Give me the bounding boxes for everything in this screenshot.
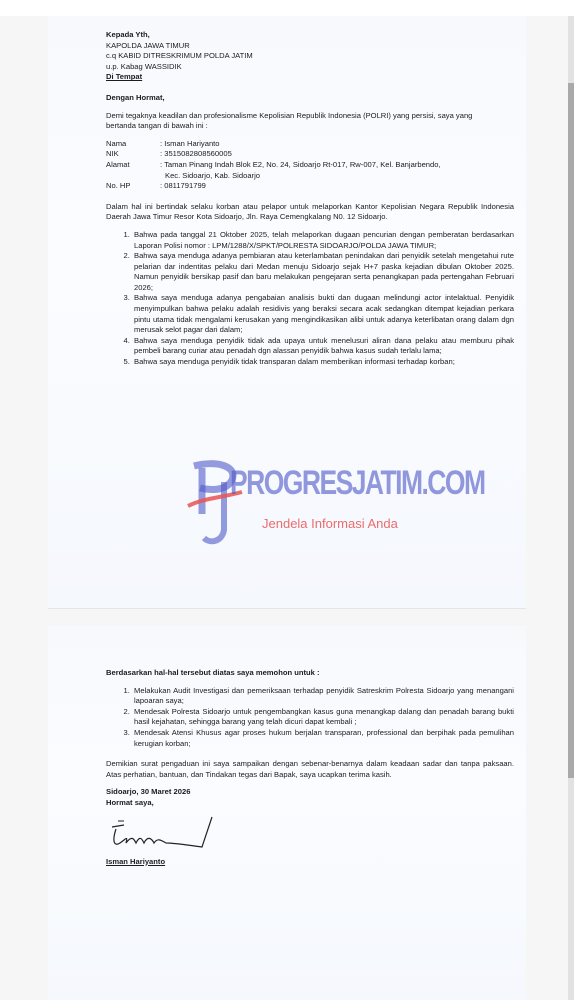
statement-paragraph: Dalam hal ini bertindak selaku korban at… [106, 202, 514, 223]
signature-icon [106, 813, 226, 857]
identity-row: NIK : 3515082808560005 [106, 149, 441, 160]
identity-row: Nama : Isman Hariyanto [106, 139, 441, 150]
top-bar [0, 0, 574, 16]
document-page-1: Kepada Yth, KAPOLDA JAWA TIMUR c.q KABID… [48, 16, 526, 608]
request-item: Mendesak Atensi Khusus agar proses hukum… [132, 728, 514, 749]
addressee-line-2: c.q KABID DITRESKRIMUM POLDA JATIM [106, 51, 514, 62]
vertical-scrollbar[interactable] [568, 16, 574, 1000]
identity-value: : Taman Pinang Indah Blok E2, No. 24, Si… [160, 160, 441, 171]
page-2-content: Berdasarkan hal-hal tersebut diatas saya… [106, 668, 514, 867]
requests-heading: Berdasarkan hal-hal tersebut diatas saya… [106, 668, 514, 679]
identity-label: NIK [106, 149, 160, 160]
identity-label: Alamat [106, 160, 160, 181]
identity-value: : Isman Hariyanto [160, 139, 441, 150]
identity-value: : 0811791799 [160, 181, 441, 192]
page-1-content: Kepada Yth, KAPOLDA JAWA TIMUR c.q KABID… [106, 30, 514, 368]
signature-area [106, 809, 514, 857]
point-item: Bahwa saya menduga adanya pembiaran atau… [132, 251, 514, 293]
closing-paragraph: Demikian surat pengaduan ini saya sampai… [106, 759, 514, 780]
point-item: Bahwa saya menduga penyidik tidak transp… [132, 357, 514, 368]
identity-table: Nama : Isman Hariyanto NIK : 35150828085… [106, 139, 441, 192]
intro-paragraph: Demi tegaknya keadilan dan profesionalis… [106, 111, 486, 132]
point-item: Bahwa saya menduga adanya pengabaian ana… [132, 293, 514, 335]
regards: Hormat saya, [106, 798, 514, 809]
point-item: Bahwa pada tanggal 21 Oktober 2025, tela… [132, 230, 514, 251]
identity-value: : 3515082808560005 [160, 149, 441, 160]
identity-row: Alamat : Taman Pinang Indah Blok E2, No.… [106, 160, 441, 181]
addressee-line-1: KAPOLDA JAWA TIMUR [106, 41, 514, 52]
identity-address-cell: : Taman Pinang Indah Blok E2, No. 24, Si… [160, 160, 441, 181]
point-item: Bahwa saya menduga penyidik tidak ada up… [132, 336, 514, 357]
request-item: Mendesak Polresta Sidoarjo untuk pengemb… [132, 707, 514, 728]
identity-value-continued: Kec. Sidoarjo, Kab. Sidoarjo [160, 171, 441, 182]
requests-list: Melakukan Audit Investigasi dan pemeriks… [106, 686, 514, 750]
identity-label: No. HP [106, 181, 160, 192]
points-list: Bahwa pada tanggal 21 Oktober 2025, tela… [106, 230, 514, 368]
signer-name: Isman Hariyanto [106, 857, 514, 868]
place-date: Sidoarjo, 30 Maret 2026 [106, 787, 514, 798]
addressee-line-3: u.p. Kabag WASSIDIK [106, 62, 514, 73]
identity-label: Nama [106, 139, 160, 150]
salutation: Dengan Hormat, [106, 93, 514, 104]
addressee-greeting: Kepada Yth, [106, 30, 514, 41]
document-page-2: Berdasarkan hal-hal tersebut diatas saya… [48, 626, 526, 1000]
identity-row: No. HP : 0811791799 [106, 181, 441, 192]
request-item: Melakukan Audit Investigasi dan pemeriks… [132, 686, 514, 707]
addressee-place: Di Tempat [106, 72, 514, 83]
scrollbar-thumb[interactable] [568, 83, 574, 778]
